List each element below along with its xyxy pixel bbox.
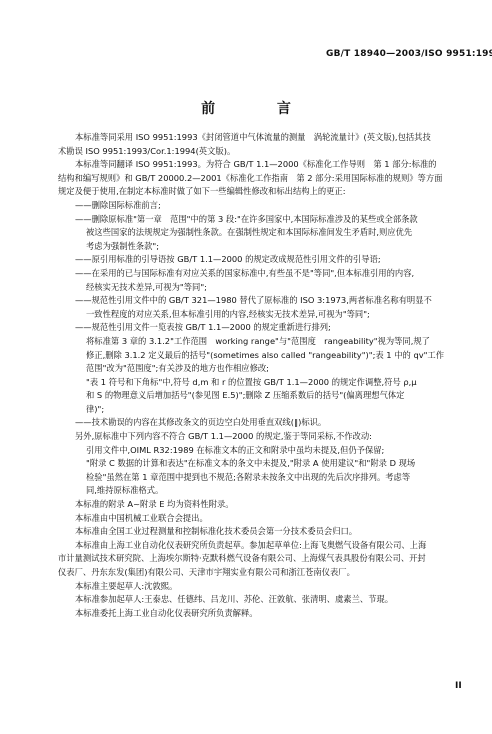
text-line: 本标准由中国机械工业联合会提出。 bbox=[58, 512, 470, 526]
text-line: 本标准等同采用 ISO 9951:1993《封闭管道中气体流量的测量 涡轮流量计… bbox=[58, 131, 470, 145]
text-line: ——技术勘误的内容在其修改条文的页边空白处用垂直双线(‖)标识。 bbox=[58, 416, 470, 430]
text-line: 同,维持原标准格式。 bbox=[58, 484, 470, 498]
text-line: 术勘误 ISO 9951:1993/Cor.1:1994(英文版)。 bbox=[58, 145, 470, 159]
page-title: 前 言 bbox=[0, 98, 492, 118]
text-line: 检验"虽然在第 1 章范围中提到也不规范;各附录未按条文中出现的先后次序排列。考… bbox=[58, 471, 470, 485]
text-line: 规定及便于使用,在制定本标准时做了如下一些编辑性修改和标出结构上的更正: bbox=[58, 185, 470, 199]
text-line: 结构和编写规则》和 GB/T 20000.2—2001《标准化工作指南 第 2 … bbox=[58, 172, 470, 186]
text-line: ——规范性引用文件中的 GB/T 321—1980 替代了原标准的 ISO 3:… bbox=[58, 294, 470, 308]
text-line: 范围"改为"范围度";有关涉及的地方也作相应修改; bbox=[58, 362, 470, 376]
text-line: 被这些国家的法规规定为强制性条款。在强制性规定和本国际标准间发生矛盾时,则应优先 bbox=[58, 226, 470, 240]
text-line: ——在采用的已与国际标准有对应关系的国家标准中,有些虽不是"等同",但本标准引用… bbox=[58, 267, 470, 281]
text-line: 本标准由上海工业自动化仪表研究所负责起草。参加起草单位:上海飞奥燃气设备有限公司… bbox=[58, 539, 470, 553]
text-line: 本标准主要起草人:沈敦熙。 bbox=[58, 580, 470, 594]
text-line: ——删除原标准"第一章 范围"中的第 3 段:"在许多国家中,本国际标准涉及的某… bbox=[58, 213, 470, 227]
page-number: II bbox=[455, 681, 462, 691]
title-char-2: 言 bbox=[277, 98, 291, 118]
text-line: 本标准参加起草人:王泰忠、任德纬、吕龙川、苏伦、汪敦航、张清明、虞素兰、节琨。 bbox=[58, 593, 470, 607]
text-line: 仪表厂、丹东东发(集团)有限公司、天津市宇翔实业有限公司和浙江苍南仪表厂。 bbox=[58, 566, 470, 580]
text-line: 本标准的附录 A~附录 E 均为资料性附录。 bbox=[58, 498, 470, 512]
text-line: "附录 C 数据的计算和表达"在标准文本的条文中未提及,"附录 A 使用建议"和… bbox=[58, 457, 470, 471]
text-line: 一致性程度的对应关系,但本标准引用的内容,经核实无技术差异,可视为"等同"; bbox=[58, 308, 470, 322]
text-line: 另外,原标准中下列内容不符合 GB/T 1.1—2000 的规定,鉴于等同采标,… bbox=[58, 430, 470, 444]
text-line: 本标准等同翻译 ISO 9951:1993。为符合 GB/T 1.1—2000《… bbox=[58, 158, 470, 172]
standard-number: GB/T 18940—2003/ISO 9951:1993 bbox=[326, 49, 492, 59]
text-line: ——删除国际标准前言; bbox=[58, 199, 470, 213]
text-line: 经核实无技术差异,可视为"等同"; bbox=[58, 281, 470, 295]
text-line: 将标准第 3 章的 3.1.2"工作范围 working range"与"范围度… bbox=[58, 335, 470, 349]
text-line: 律)"; bbox=[58, 403, 470, 417]
text-line: 本标准委托上海工业自动化仪表研究所负责解释。 bbox=[58, 607, 470, 621]
text-line: 引用文件中,OIML R32:1989 在标准文本的正文和附录中虽均未提及,但仍… bbox=[58, 444, 470, 458]
document-body: 本标准等同采用 ISO 9951:1993《封闭管道中气体流量的测量 涡轮流量计… bbox=[58, 131, 470, 620]
text-line: "表 1 符号和下角标"中,符号 d,m 和 r 的位置按 GB/T 1.1—2… bbox=[58, 376, 470, 390]
title-char-1: 前 bbox=[201, 98, 215, 118]
text-line: ——规范性引用文件一览表按 GB/T 1.1—2000 的规定重新进行排列; bbox=[58, 321, 470, 335]
text-line: 修正,删除 3.1.2 定义最后的括号"(sometimes also call… bbox=[58, 349, 470, 363]
text-line: 市计量测试技术研究院、上海埃尔斯特·克默科燃气设备有限公司、上海煤气表具股份有限… bbox=[58, 552, 470, 566]
text-line: 考虑为强制性条款"; bbox=[58, 240, 470, 254]
text-line: ——原引用标准的引导语按 GB/T 1.1—2000 的规定改成规范性引用文件的… bbox=[58, 253, 470, 267]
text-line: 本标准由全国工业过程测量和控制标准化技术委员会第一分技术委员会归口。 bbox=[58, 525, 470, 539]
text-line: 和 S 的物理意义后增加括号"(参见图 E.5)";删除 Z 压缩系数后的括号"… bbox=[58, 389, 470, 403]
